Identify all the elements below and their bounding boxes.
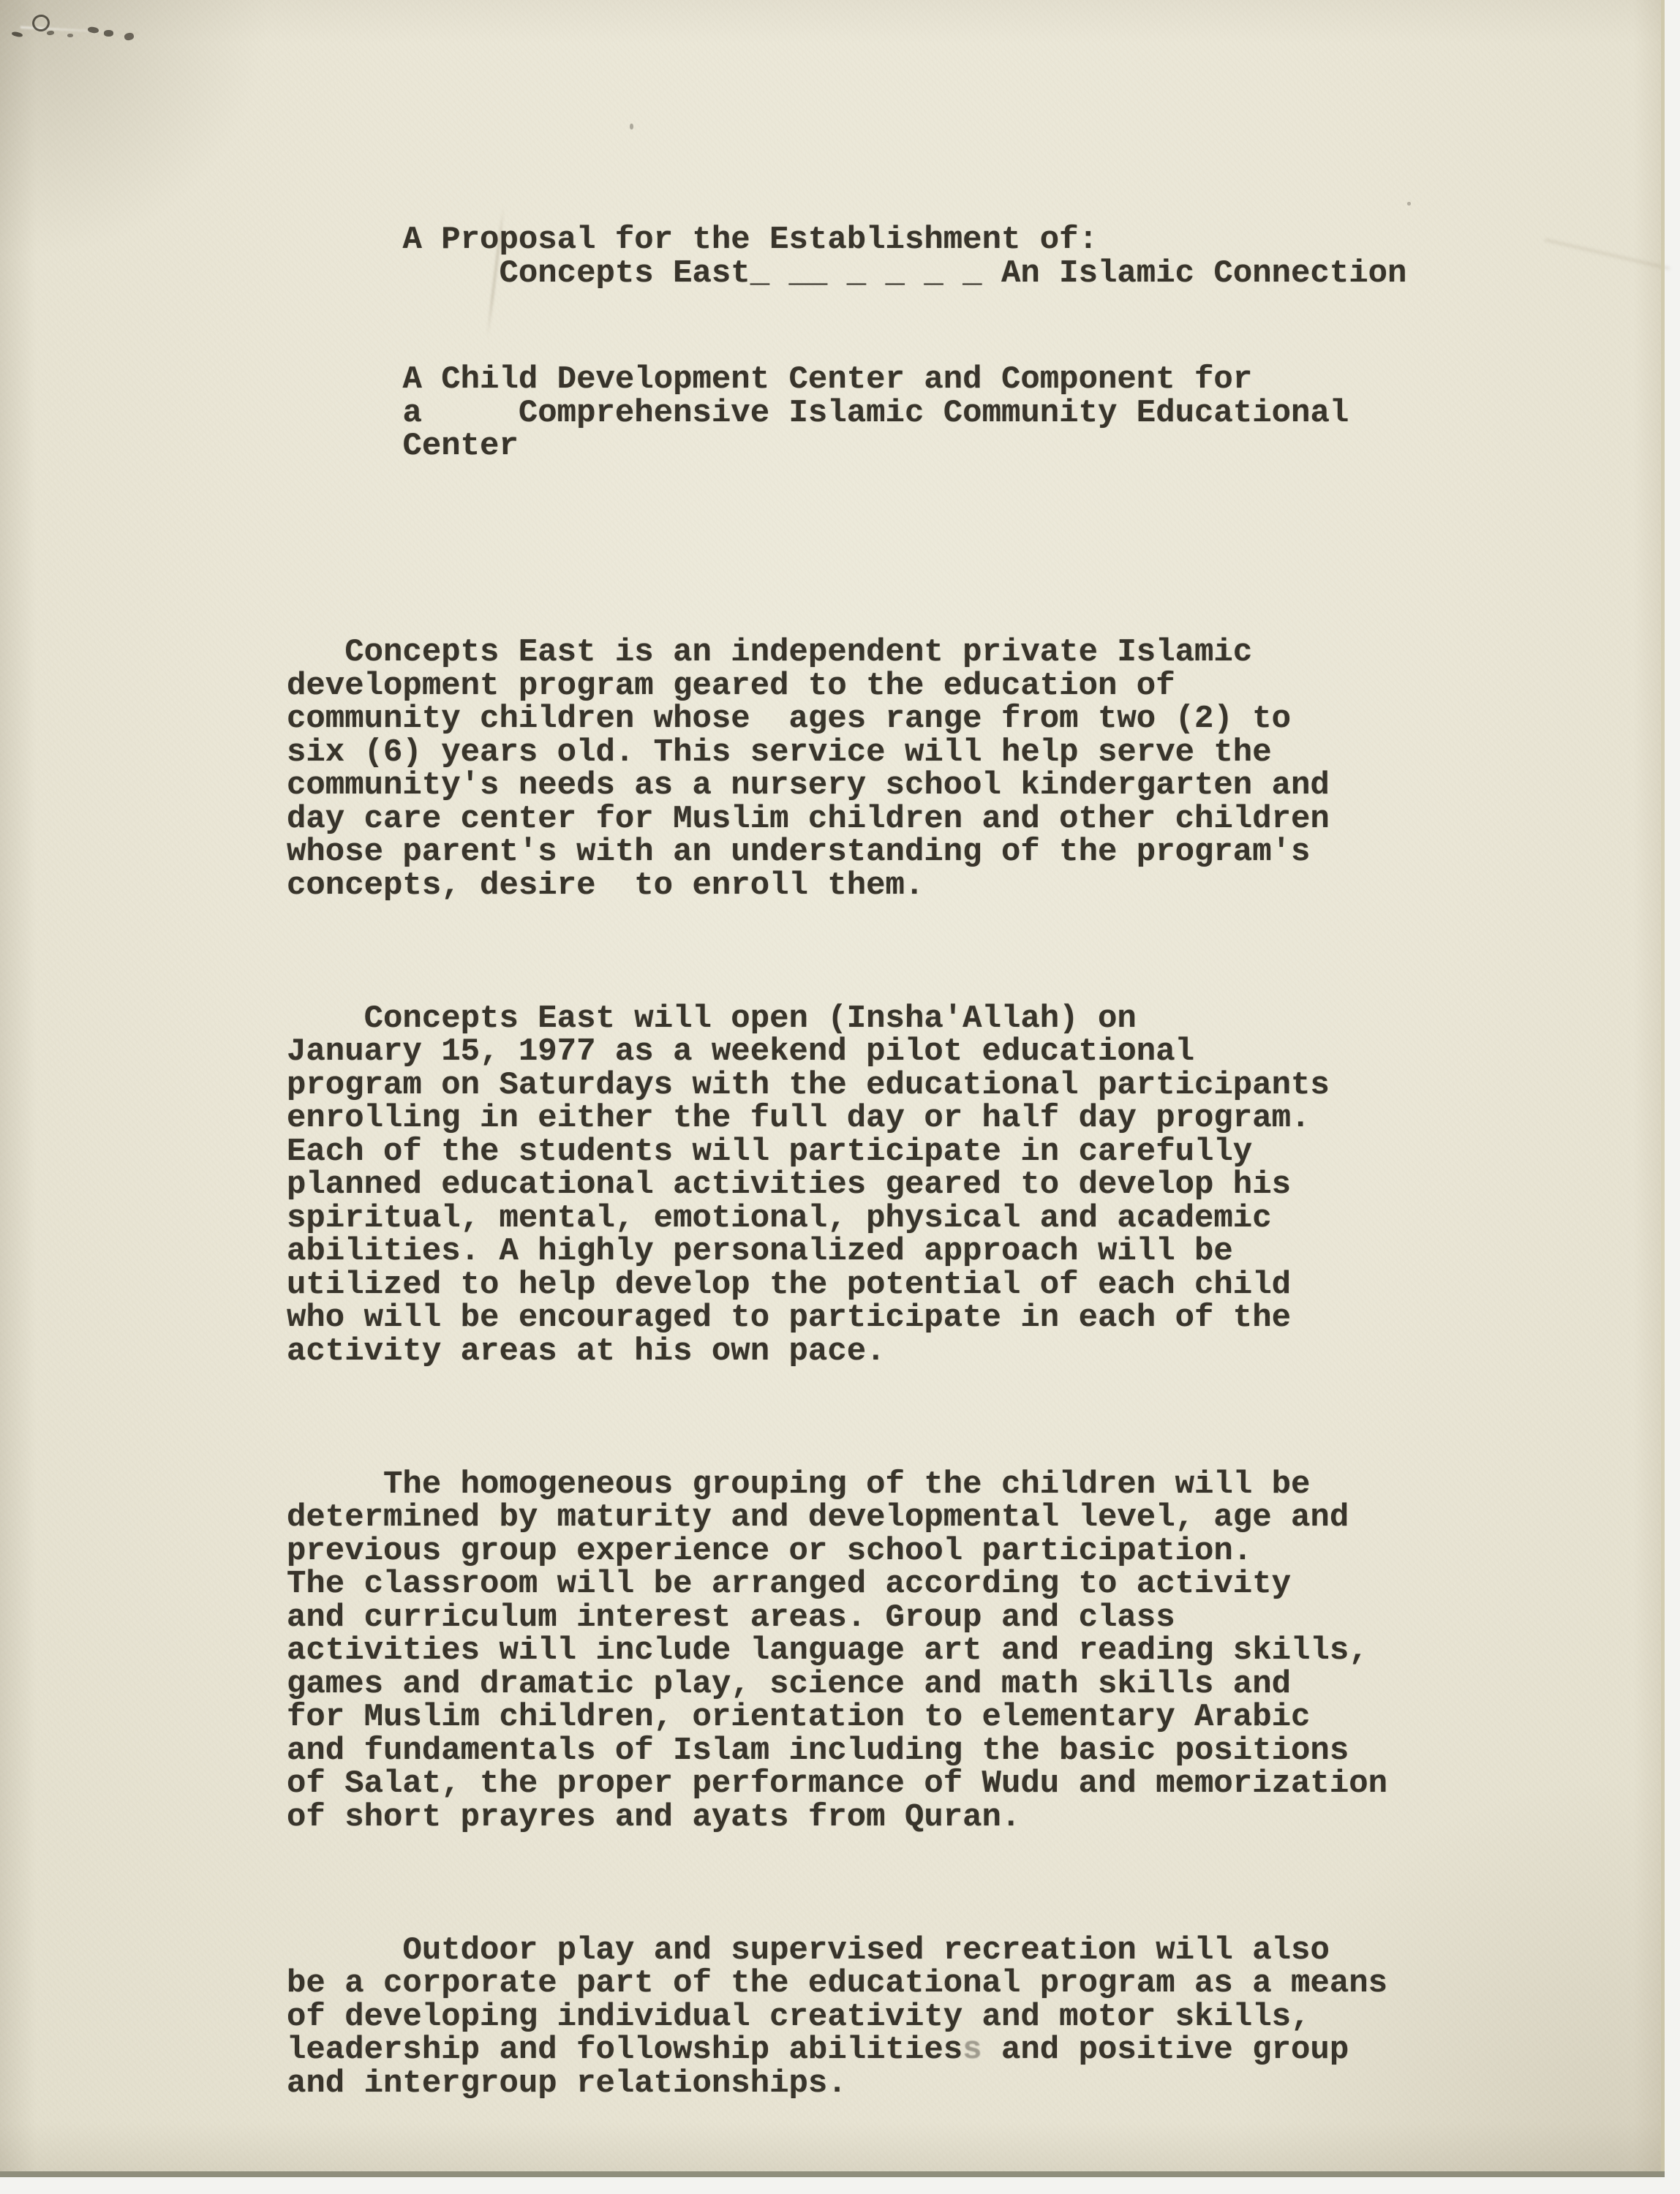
paragraph-opening-date: Concepts East will open (Insha'Allah) on… — [287, 1003, 1530, 1369]
paper-bottom-edge-shadow — [0, 2171, 1665, 2177]
smudged-character: s — [963, 2032, 982, 2068]
document-body: Concepts East is an independent private … — [287, 570, 1530, 2167]
paragraph-outdoor-play: Outdoor play and supervised recreation w… — [287, 1934, 1530, 2101]
ink-speck — [67, 34, 73, 37]
paper-right-edge — [1661, 0, 1665, 2176]
scanned-document-page: A Proposal for the Establishment of: Con… — [0, 0, 1663, 2176]
ink-speck — [630, 124, 633, 129]
document-subtitle: A Child Development Center and Component… — [287, 363, 1530, 464]
document-title: A Proposal for the Establishment of: Con… — [287, 224, 1530, 290]
paragraph-intro: Concepts East is an independent private … — [287, 636, 1530, 902]
paragraph-grouping-curriculum: The homogeneous grouping of the children… — [287, 1469, 1530, 1835]
ink-speck — [1407, 202, 1411, 206]
ink-speck — [104, 30, 113, 37]
